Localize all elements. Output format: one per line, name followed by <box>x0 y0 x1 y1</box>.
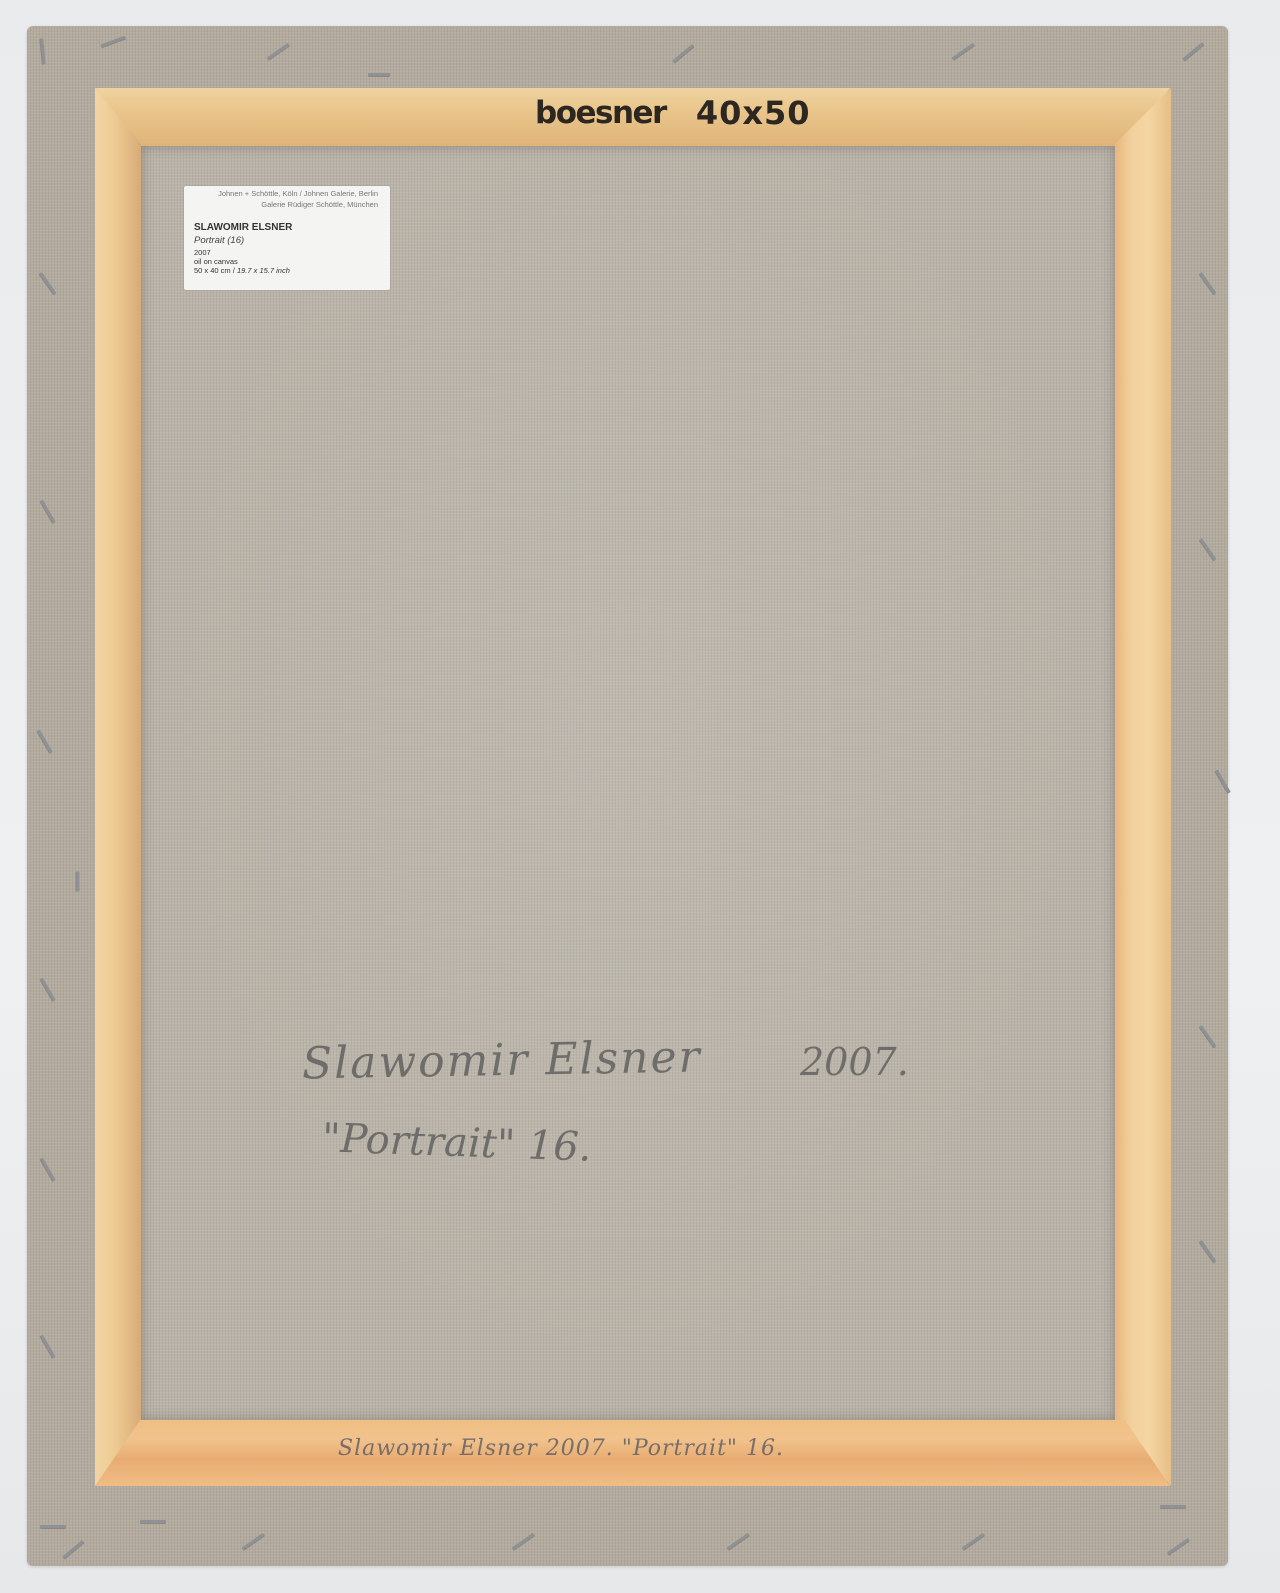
label-title: Portrait (16) <box>194 235 244 246</box>
stretcher-stamp: boesner 40x50 <box>535 90 811 135</box>
label-dimensions-in: 19.7 x 15.7 inch <box>237 266 290 275</box>
label-dimensions-cm: 50 x 40 cm / <box>194 266 237 275</box>
staple-icon <box>140 1520 166 1523</box>
canvas-year: 2007. <box>800 1040 909 1084</box>
gallery-line-2: Galerie Rüdiger Schöttle, München <box>218 199 378 210</box>
gallery-line-1: Johnen + Schöttle, Köln / Johnen Galerie… <box>218 188 378 199</box>
stamp-size: 40x50 <box>696 94 811 132</box>
label-artist: SLAWOMIR ELSNER <box>194 222 292 233</box>
staple-icon <box>1160 1505 1186 1508</box>
label-year: 2007 <box>194 248 290 257</box>
staple-icon <box>40 1525 66 1528</box>
label-medium: oil on canvas <box>194 257 290 266</box>
label-meta: 2007 oil on canvas 50 x 40 cm / 19.7 x 1… <box>194 248 290 275</box>
staple-icon <box>368 73 390 76</box>
inner-canvas-panel <box>141 146 1115 1420</box>
bar-inscription: Slawomir Elsner 2007. "Portrait" 16. <box>338 1436 784 1461</box>
stretcher-bar-right <box>1115 88 1171 1486</box>
staple-icon <box>77 872 80 892</box>
gallery-lines: Johnen + Schöttle, Köln / Johnen Galerie… <box>218 188 378 210</box>
stamp-brand: boesner <box>535 95 666 131</box>
stretcher-bar-left <box>95 88 141 1486</box>
label-dimensions: 50 x 40 cm / 19.7 x 15.7 inch <box>194 266 290 275</box>
canvas-signature: Slawomir Elsner <box>302 1032 702 1090</box>
gallery-label: Johnen + Schöttle, Köln / Johnen Galerie… <box>184 186 390 290</box>
canvas-title-inscription: "Portrait" 16. <box>321 1115 592 1170</box>
